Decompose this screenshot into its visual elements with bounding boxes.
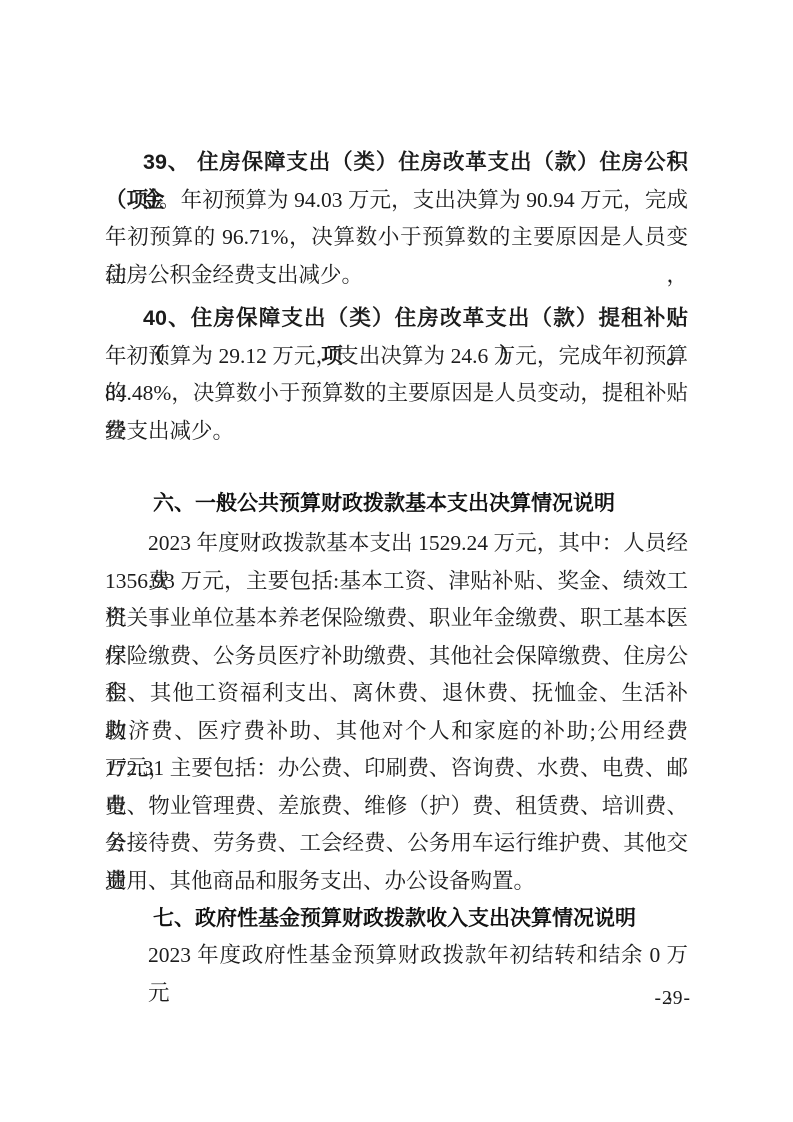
section-7-line: 2023 年度政府性基金预算财政拨款年初结转和结余 0 万元， [105,937,688,975]
section-6-line: 1356.93 万元，主要包括:基本工资、津贴补贴、奖金、绩效工资、 [105,563,688,601]
section-6-line: 机关事业单位基本养老保险缴费、职业年金缴费、职工基本医疗 [105,600,688,638]
section-6-paragraph: 2023 年度财政拨款基本支出 1529.24 万元，其中：人员经费 1356.… [105,525,688,900]
section-6-line: 务接待费、劳务费、工会经费、公务用车运行维护费、其他交通 [105,825,688,863]
paragraph-39-line-3: 年初预算的 96.71%，决算数小于预算数的主要原因是人员变动， [105,219,688,257]
paragraph-39-line-1: 39、 住房保障支出（类）住房改革支出（款）住房公积金 [105,144,688,182]
paragraph-40-line-3: 84.48%，决算数小于预算数的主要原因是人员变动，提租补贴经 [105,375,688,413]
section-6-heading: 六、一般公共预算财政拨款基本支出决算情况说明 [105,485,688,523]
section-6-line: 金、其他工资福利支出、离休费、退休费、抚恤金、生活补助、 [105,675,688,713]
page-number: -29- [655,988,692,1010]
paragraph-39-item-label: （项） [105,188,159,212]
paragraph-39: 39、 住房保障支出（类）住房改革支出（款）住房公积金 （项）。年初预算为 94… [105,144,688,294]
section-7-heading: 七、政府性基金预算财政拨款收入支出决算情况说明 [105,900,688,938]
section-6-line: 保险缴费、公务员医疗补助缴费、其他社会保障缴费、住房公积 [105,638,688,676]
paragraph-40-line-4: 费支出减少。 [105,413,688,451]
section-7-paragraph: 2023 年度政府性基金预算财政拨款年初结转和结余 0 万元， [105,937,688,975]
section-6-line: 费、物业管理费、差旅费、维修（护）费、租赁费、培训费、公 [105,788,688,826]
paragraph-40: 40、住房保障支出（类）住房改革支出（款）提租补贴（项）。 年初预算为 29.1… [105,300,688,450]
paragraph-40-line-1: 40、住房保障支出（类）住房改革支出（款）提租补贴（项）。 [105,300,688,338]
section-6-line: 万元，主要包括：办公费、印刷费、咨询费、水费、电费、邮电 [105,750,688,788]
section-6-line: 费用、其他商品和服务支出、办公设备购置。 [105,863,688,901]
paragraph-39-line-2: （项）。年初预算为 94.03 万元，支出决算为 90.94 万元，完成 [105,182,688,220]
paragraph-40-line-2: 年初预算为 29.12 万元，支出决算为 24.6 万元，完成年初预算的 [105,338,688,376]
section-6-line: 2023 年度财政拨款基本支出 1529.24 万元，其中：人员经费 [105,525,688,563]
section-6-line: 救济费、医疗费补助、其他对个人和家庭的补助;公用经费 172.31 [105,713,688,751]
document-page: 39、 住房保障支出（类）住房改革支出（款）住房公积金 （项）。年初预算为 94… [0,0,793,1122]
paragraph-39-body-text: 。年初预算为 94.03 万元，支出决算为 90.94 万元，完成 [159,188,688,212]
